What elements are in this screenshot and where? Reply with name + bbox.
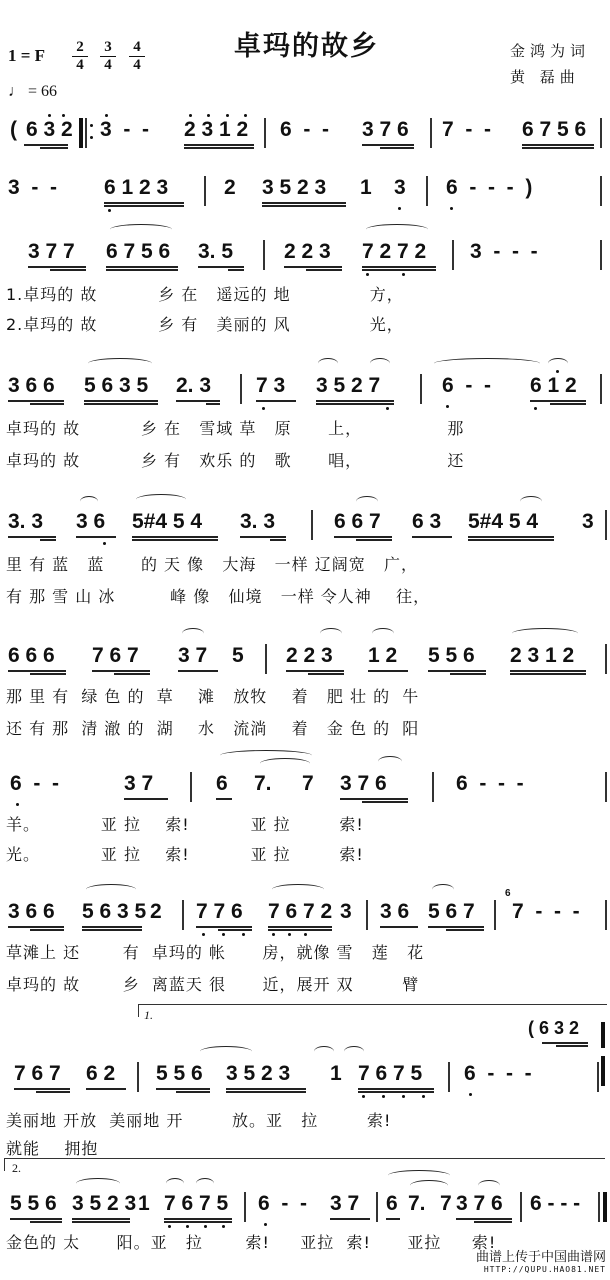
lyrics-verse-1: 羊。 亚 拉 索! 亚 拉 索! xyxy=(6,812,364,835)
note-group: 5 5 6 xyxy=(156,1062,203,1086)
intro-line-1: ( 6 3 2 3 - - 2 3 1 2 6 - - 3 7 6 7 - - … xyxy=(0,118,610,158)
note-group: 7 6 7 xyxy=(92,644,139,668)
lyrics-verse-1: 草滩上 还 有 卓玛的 帐 房，就像 雪 莲 花 xyxy=(6,940,424,963)
site-watermark: 曲谱上传于中国曲谱网 HTTP://QUPU.HAO81.NET xyxy=(476,1246,606,1274)
note-group: 6 1 2 xyxy=(530,374,577,398)
note-group: 3. 3 xyxy=(8,510,43,534)
time-signature-4-4: 44 xyxy=(129,40,145,73)
volta-1-bracket xyxy=(138,1004,607,1017)
lyrics-verse-2: 卓玛的 故 乡 有 欢乐 的 歌 唱， 还 xyxy=(6,448,464,471)
note-group: 3 7 6 xyxy=(362,118,409,142)
note-group: 7 - - xyxy=(442,118,491,142)
note-group: 6 2 xyxy=(86,1062,115,1086)
note-group: 2 2 3 xyxy=(284,240,331,264)
song-title: 卓玛的故乡 xyxy=(234,24,379,63)
note-group: 7 3 xyxy=(256,374,285,398)
note-group: 3 7 xyxy=(178,644,207,668)
volta-2-bracket xyxy=(4,1158,605,1171)
open-paren: ( xyxy=(10,118,17,142)
note-group: 3 xyxy=(340,900,352,924)
note-group: 6 6 6 xyxy=(8,644,55,668)
time-signature-3-4: 34 xyxy=(100,40,116,73)
note-group: 6 - - xyxy=(258,1192,307,1216)
note-group: 6 3 2 xyxy=(26,118,73,142)
score-line-3: 3. 3 3 6 5#4 5 4 3. 3 6 6 7 6 3 5#4 5 4 … xyxy=(0,510,610,600)
lyrics-verse-2: 卓玛的 故 乡 离蓝天 很 近，展开 双 臂 xyxy=(6,972,419,995)
note-group: 7 7 6 xyxy=(196,900,243,924)
score-line-7: 1. ( 6 3 2 7 6 7 6 2 5 5 6 3 5 2 3 1 7 6… xyxy=(0,1004,610,1144)
note-group: 3 - - xyxy=(100,118,149,142)
note-group: 3 5 2 3 xyxy=(226,1062,290,1086)
note-group: 6 3 xyxy=(412,510,441,534)
score-line-2: 3 6 6 5 6 3 5 2. 3 7 3 3 5 2 7 6 - - 6 1… xyxy=(0,374,610,464)
site-url: HTTP://QUPU.HAO81.NET xyxy=(476,1265,606,1274)
note-group: 5#4 5 4 xyxy=(468,510,538,534)
lyrics-verse-1: 美丽地 开放 美丽地 开 放。亚 拉 索! xyxy=(6,1108,391,1131)
lyrics-verse-2: 还 有 那 清 澈 的 湖 水 流淌 着 金 色 的 阳 xyxy=(6,716,419,739)
note-group: 6 7 5 6 xyxy=(106,240,170,264)
note-group: 3 - - - xyxy=(470,240,538,264)
note-group: 2 3 1 2 xyxy=(510,644,574,668)
note-group: 2 xyxy=(150,900,162,924)
note-group: 7 6 7 5 xyxy=(358,1062,422,1086)
note-group: 5 5 6 xyxy=(10,1192,57,1216)
lyrics-verse-1: 1.卓玛的 故 乡 在 遥远的 地 方， xyxy=(6,282,404,305)
note-group: 5 6 3 5 xyxy=(84,374,148,398)
note-group: 3 xyxy=(394,176,406,200)
note-group: 3 6 6 xyxy=(8,374,55,398)
note-group: 5#4 5 4 xyxy=(132,510,202,534)
volta-1-label: 1. xyxy=(144,1008,153,1023)
note-group: 1 xyxy=(138,1192,150,1216)
note-group: 6 7 5 6 xyxy=(522,118,586,142)
volta-2-label: 2. xyxy=(12,1161,21,1176)
intro-line-2: 3 - - 6 1 2 3 2 3 5 2 3 1 3 6 - - - ) xyxy=(0,176,610,216)
lyrics-verse-2: 有 那 雪 山 冰 峰 像 仙境 一样 令人神 往， xyxy=(6,584,430,607)
composer-credit: 黄 磊曲 xyxy=(510,66,580,87)
lyrics-verse-2: 就能 拥抱 xyxy=(6,1136,98,1159)
note-group: 7 6 7 5 xyxy=(164,1192,228,1216)
note-group: 6 - - - ) xyxy=(446,176,532,200)
lyrics-verse-1: 卓玛的 故 乡 在 雪域 草 原 上， 那 xyxy=(6,416,464,439)
lyricist-credit: 金鸿为词 xyxy=(510,40,590,61)
note-group: 6 6 7 xyxy=(334,510,381,534)
note-group: 7. xyxy=(408,1192,426,1216)
note-group: 3 - - xyxy=(8,176,57,200)
note-group: 3. 3 xyxy=(240,510,275,534)
note-group: 3 xyxy=(582,510,594,534)
note-group: 7 6 7 2 xyxy=(268,900,332,924)
note-group: 6 - - - xyxy=(530,1192,580,1216)
key-signature: 1 = F xyxy=(8,46,45,66)
note-group: 3. 5 xyxy=(198,240,233,264)
note-group: 6 - - xyxy=(442,374,491,398)
note-group: 6 - - xyxy=(10,772,59,796)
note-group: 3 7 6 xyxy=(340,772,387,796)
note-group: 6 - - - xyxy=(456,772,524,796)
grace-note: 6 xyxy=(505,888,511,899)
note-group: 6 - - - xyxy=(464,1062,532,1086)
note-group: 7 xyxy=(302,772,314,796)
note-group: 5 5 6 xyxy=(428,644,475,668)
note-group: 3 7 xyxy=(330,1192,359,1216)
note-group: 7 2 7 2 xyxy=(362,240,426,264)
note-group: 3 7 xyxy=(124,772,153,796)
note-group: 7. xyxy=(254,772,272,796)
note-group: 6 - - xyxy=(280,118,329,142)
repeat-pickup: ( 6 3 2 xyxy=(528,1018,579,1039)
note-group: 6 xyxy=(216,772,228,796)
note-group: 1 xyxy=(330,1062,342,1086)
note-group: 7 xyxy=(440,1192,452,1216)
note-group: 1 2 xyxy=(368,644,397,668)
note-group: 5 6 7 xyxy=(428,900,475,924)
note-group: 5 6 3 5 xyxy=(82,900,146,924)
note-group: 1 xyxy=(360,176,372,200)
site-name: 曲谱上传于中国曲谱网 xyxy=(476,1246,606,1265)
score-line-6: 3 6 6 5 6 3 5 2 7 7 6 7 6 7 2 3 3 6 5 6 … xyxy=(0,900,610,990)
note-group: 2 3 1 2 xyxy=(184,118,248,142)
note-group: 3 5 2 3 xyxy=(262,176,326,200)
note-group: 3 7 7 xyxy=(28,240,75,264)
time-signature-2-4: 24 xyxy=(72,40,88,73)
score-line-5: 6 - - 3 7 6 7. 7 3 7 6 6 - - - 羊。 亚 拉 索!… xyxy=(0,772,610,862)
note-group: 7 6 7 xyxy=(14,1062,61,1086)
note-group: 3 6 xyxy=(76,510,105,534)
lyrics-verse-1: 金色的 太 阳。亚 拉 索! 亚拉 索! 亚拉 索! xyxy=(6,1230,496,1253)
score-line-4: 6 6 6 7 6 7 3 7 5 2 2 3 1 2 5 5 6 2 3 1 … xyxy=(0,644,610,734)
note-group: 3 5 2 3 xyxy=(72,1192,136,1216)
score-line-1: 3 7 7 6 7 5 6 3. 5 2 2 3 7 2 7 2 3 - - -… xyxy=(0,240,610,320)
tempo-marking: ♩ = 66 xyxy=(8,83,57,101)
note-group: 7 - - - xyxy=(512,900,580,924)
lyrics-verse-2: 光。 亚 拉 索! 亚 拉 索! xyxy=(6,842,364,865)
note-group: 6 1 2 3 xyxy=(104,176,168,200)
note-group: 6 xyxy=(386,1192,398,1216)
note-group: 3 6 xyxy=(380,900,409,924)
note-group: 3 5 2 7 xyxy=(316,374,380,398)
note-group: 3 7 6 xyxy=(456,1192,503,1216)
lyrics-verse-1: 那 里 有 绿 色 的 草 滩 放牧 着 肥 壮 的 牛 xyxy=(6,684,419,707)
lyrics-verse-1: 里 有 蓝 蓝 的 天 像 大海 一样 辽阔宽 广， xyxy=(6,552,418,575)
note-group: 3 6 6 xyxy=(8,900,55,924)
note-group: 2 2 3 xyxy=(286,644,333,668)
note-group: 5 xyxy=(232,644,244,668)
note-group: 2. 3 xyxy=(176,374,211,398)
score-line-8: 2. 5 5 6 3 5 2 3 1 7 6 7 5 6 - - 3 7 6 7… xyxy=(0,1158,610,1248)
note-group: 2 xyxy=(224,176,236,200)
lyrics-verse-2: 2.卓玛的 故 乡 有 美丽的 风 光， xyxy=(6,312,404,335)
